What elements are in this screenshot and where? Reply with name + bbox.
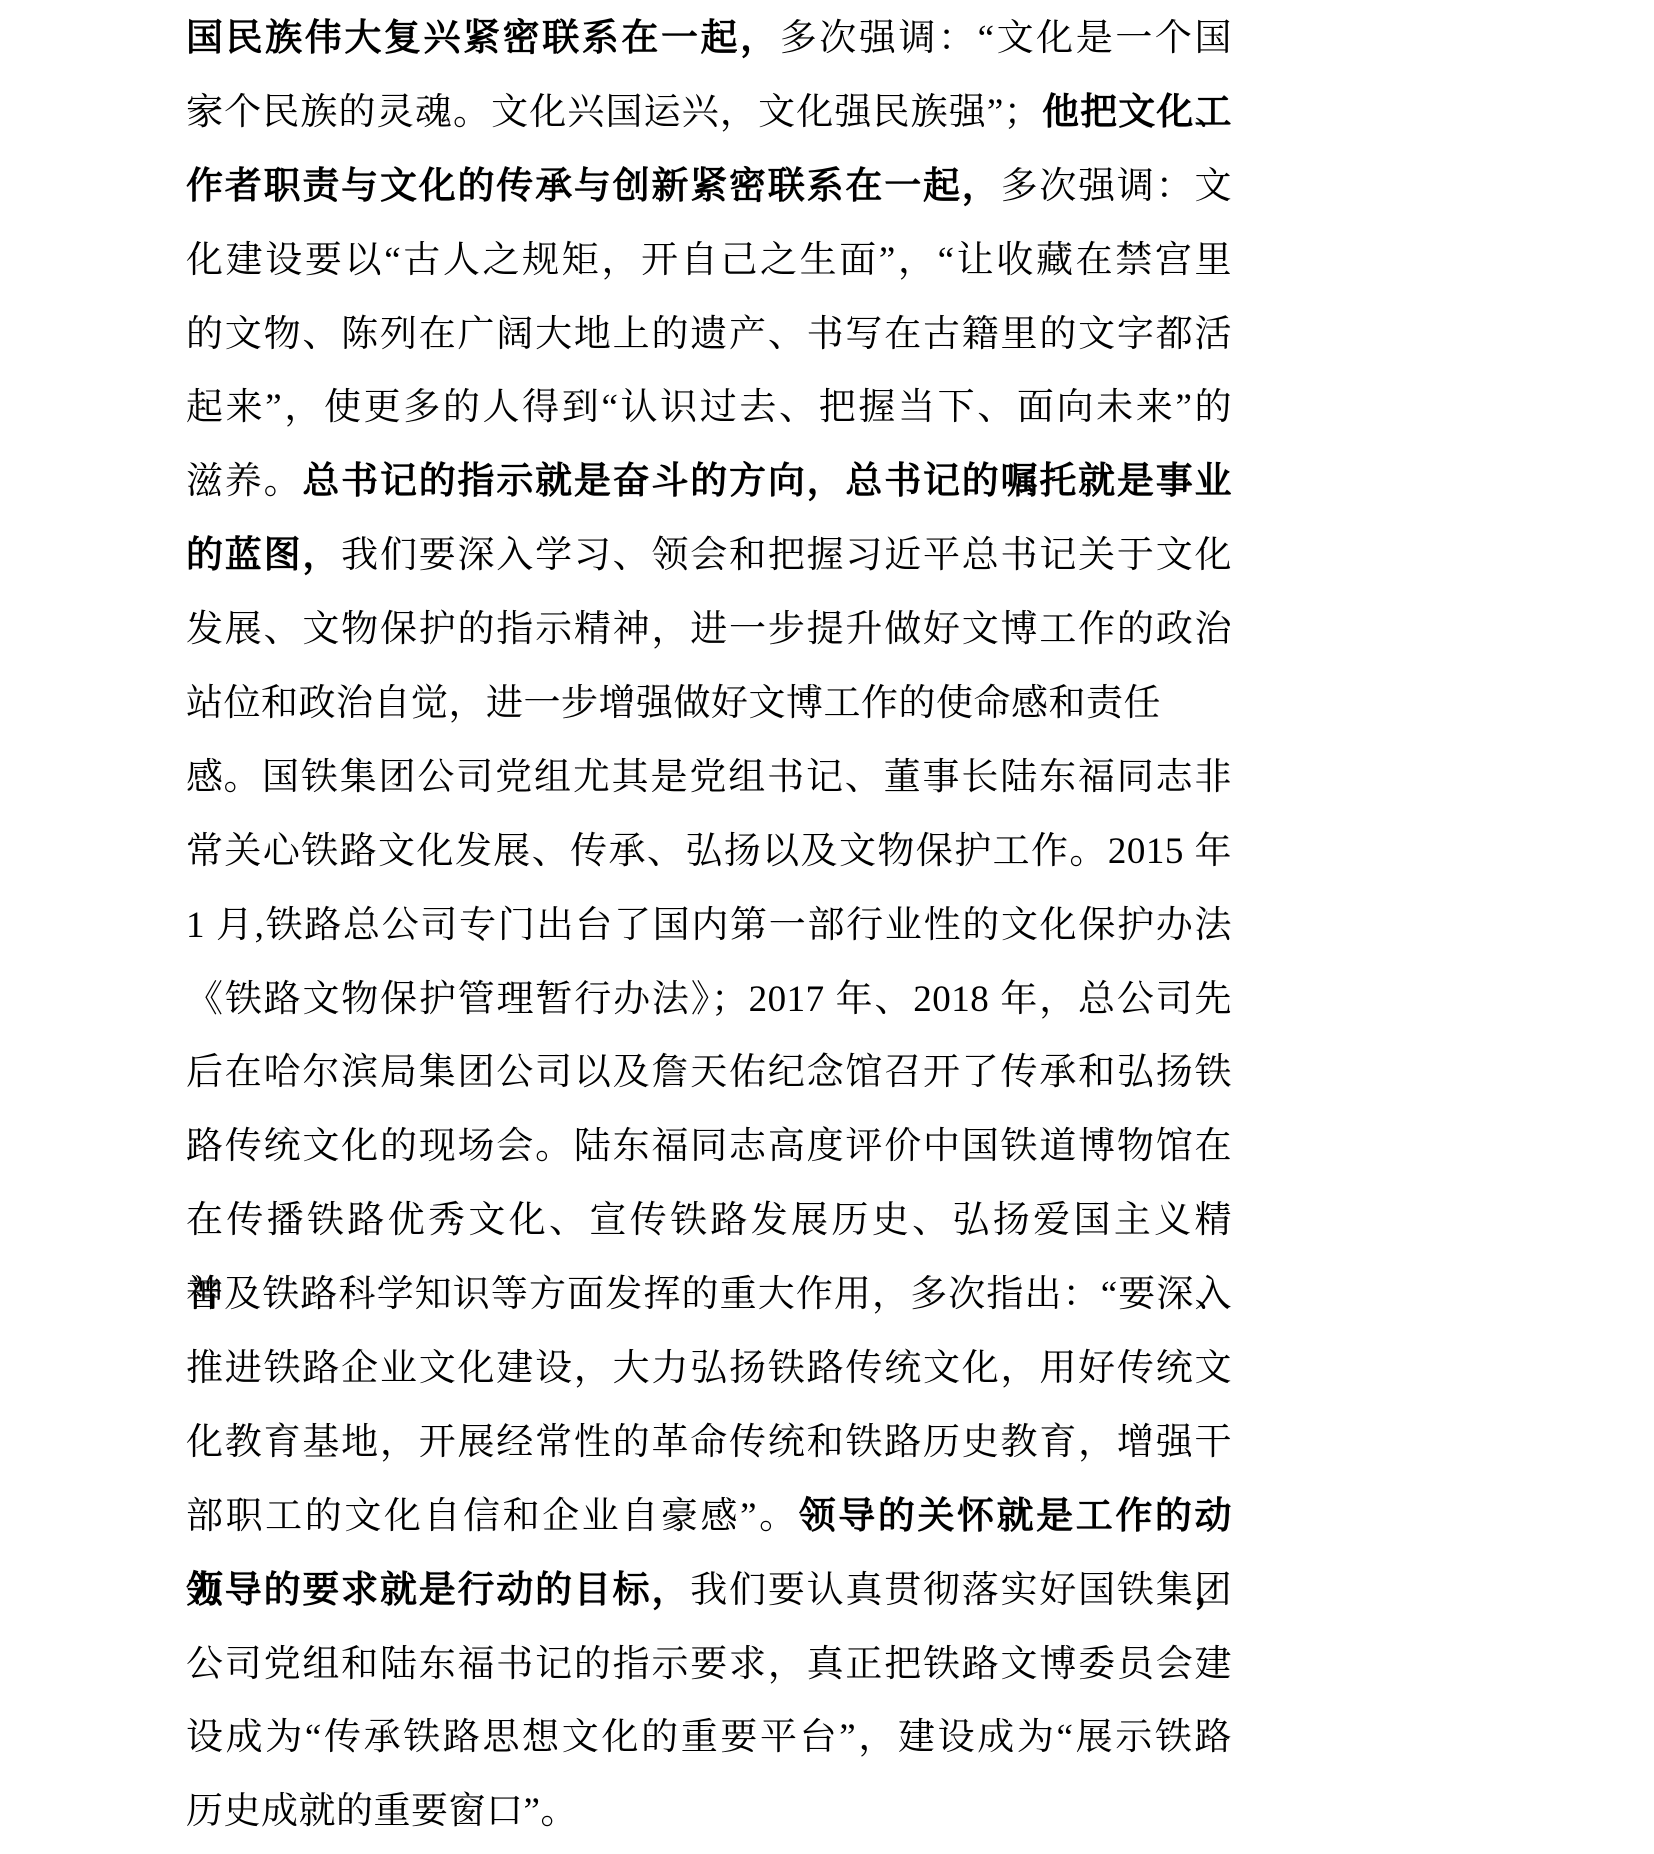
text-line: 常关心铁路文化发展、传承、弘扬以及文物保护工作。2015 年: [186, 815, 1232, 889]
text-line: 的蓝图，我们要深入学习、领会和把握习近平总书记关于文化: [186, 519, 1232, 593]
text-segment: 历史成就的重要窗口”。: [186, 1791, 578, 1832]
text-line: 在传播铁路优秀文化、宣传铁路发展历史、弘扬爱国主义精神、: [186, 1184, 1232, 1258]
text-line: 《铁路文物保护管理暂行办法》；2017 年、2018 年，总公司先: [186, 963, 1232, 1037]
text-line: 历史成就的重要窗口”。: [186, 1775, 1232, 1849]
text-line: 发展、文物保护的指示精神，进一步提升做好文博工作的政治: [186, 593, 1232, 667]
text-segment: 的文物、陈列在广阔大地上的遗产、书写在古籍里的文字都活: [186, 314, 1232, 355]
text-segment: 公司党组和陆东福书记的指示要求，真正把铁路文博委员会建: [186, 1644, 1232, 1685]
document-page: 国民族伟大复兴紧密联系在一起，多次强调：“文化是一个国家、一个民族的灵魂。文化兴…: [0, 0, 1654, 1854]
text-segment: 我们要深入学习、领会和把握习近平总书记关于文化: [341, 535, 1232, 576]
text-segment: 滋养。: [186, 461, 302, 502]
text-segment: 后在哈尔滨局集团公司以及詹天佑纪念馆召开了传承和弘扬铁: [186, 1052, 1232, 1093]
text-segment: 国民族伟大复兴紧密联系在一起，: [186, 18, 780, 59]
text-line: 站位和政治自觉，进一步增强做好文博工作的使命感和责任感。: [186, 667, 1232, 741]
text-block: 国民族伟大复兴紧密联系在一起，多次强调：“文化是一个国家、一个民族的灵魂。文化兴…: [186, 2, 1232, 1849]
text-segment: 化教育基地，开展经常性的革命传统和铁路历史教育，增强干: [186, 1422, 1232, 1463]
text-line: 推进铁路企业文化建设，大力弘扬铁路传统文化，用好传统文: [186, 1332, 1232, 1406]
text-segment: 普及铁路科学知识等方面发挥的重大作用，多次指出：“要深入: [186, 1274, 1232, 1315]
text-line: 国铁集团公司党组尤其是党组书记、董事长陆东福同志非: [186, 741, 1232, 815]
text-segment: 化建设要以“古人之规矩，开自己之生面”，“让收藏在禁宫里: [186, 240, 1232, 281]
text-segment: 1 月,铁路总公司专门出台了国内第一部行业性的文化保护办法: [186, 905, 1232, 946]
text-segment: 领导的要求就是行动的目标，: [186, 1570, 690, 1611]
text-line: 化教育基地，开展经常性的革命传统和铁路历史教育，增强干: [186, 1406, 1232, 1480]
text-segment: 国铁集团公司党组尤其是党组书记、董事长陆东福同志非: [262, 757, 1232, 798]
text-line: 领导的要求就是行动的目标，我们要认真贯彻落实好国铁集团: [186, 1554, 1232, 1628]
text-line: 1 月,铁路总公司专门出台了国内第一部行业性的文化保护办法: [186, 889, 1232, 963]
text-line: 国民族伟大复兴紧密联系在一起，多次强调：“文化是一个国家、: [186, 2, 1232, 76]
text-segment: 作者职责与文化的传承与创新紧密联系在一起，: [186, 166, 1001, 207]
text-segment: 《铁路文物保护管理暂行办法》；2017 年、2018 年，总公司先: [186, 979, 1232, 1020]
text-line: 起来”，使更多的人得到“认识过去、把握当下、面向未来”的: [186, 371, 1232, 445]
text-line: 普及铁路科学知识等方面发挥的重大作用，多次指出：“要深入: [186, 1258, 1232, 1332]
text-segment: 推进铁路企业文化建设，大力弘扬铁路传统文化，用好传统文: [186, 1348, 1232, 1389]
text-line: 设成为“传承铁路思想文化的重要平台”，建设成为“展示铁路: [186, 1701, 1232, 1775]
text-line: 一个民族的灵魂。文化兴国运兴，文化强民族强”；他把文化工: [186, 76, 1232, 150]
text-segment: 起来”，使更多的人得到“认识过去、把握当下、面向未来”的: [186, 387, 1232, 428]
text-segment: 的蓝图，: [186, 535, 341, 576]
text-line: 作者职责与文化的传承与创新紧密联系在一起，多次强调：文: [186, 150, 1232, 224]
text-line: 的文物、陈列在广阔大地上的遗产、书写在古籍里的文字都活: [186, 298, 1232, 372]
text-line: 滋养。总书记的指示就是奋斗的方向，总书记的嘱托就是事业: [186, 445, 1232, 519]
text-segment: 他把文化工: [1041, 92, 1232, 133]
text-segment: 部职工的文化自信和企业自豪感”。: [186, 1496, 799, 1537]
text-segment: 总书记的指示就是奋斗的方向，总书记的嘱托就是事业: [302, 461, 1232, 502]
text-line: 部职工的文化自信和企业自豪感”。领导的关怀就是工作的动力，: [186, 1480, 1232, 1554]
text-segment: 路传统文化的现场会。陆东福同志高度评价中国铁道博物馆在: [186, 1126, 1232, 1167]
text-segment: 多次强调：文: [1001, 166, 1232, 207]
text-line: 公司党组和陆东福书记的指示要求，真正把铁路文博委员会建: [186, 1628, 1232, 1702]
text-line: 后在哈尔滨局集团公司以及詹天佑纪念馆召开了传承和弘扬铁: [186, 1036, 1232, 1110]
text-line: 路传统文化的现场会。陆东福同志高度评价中国铁道博物馆在: [186, 1110, 1232, 1184]
text-segment: 我们要认真贯彻落实好国铁集团: [690, 1570, 1232, 1611]
text-segment: 一个民族的灵魂。文化兴国运兴，文化强民族强”；: [186, 92, 1041, 133]
text-segment: 发展、文物保护的指示精神，进一步提升做好文博工作的政治: [186, 609, 1232, 650]
text-segment: 设成为“传承铁路思想文化的重要平台”，建设成为“展示铁路: [186, 1717, 1232, 1758]
text-line: 化建设要以“古人之规矩，开自己之生面”，“让收藏在禁宫里: [186, 224, 1232, 298]
text-segment: 常关心铁路文化发展、传承、弘扬以及文物保护工作。2015 年: [186, 831, 1232, 872]
